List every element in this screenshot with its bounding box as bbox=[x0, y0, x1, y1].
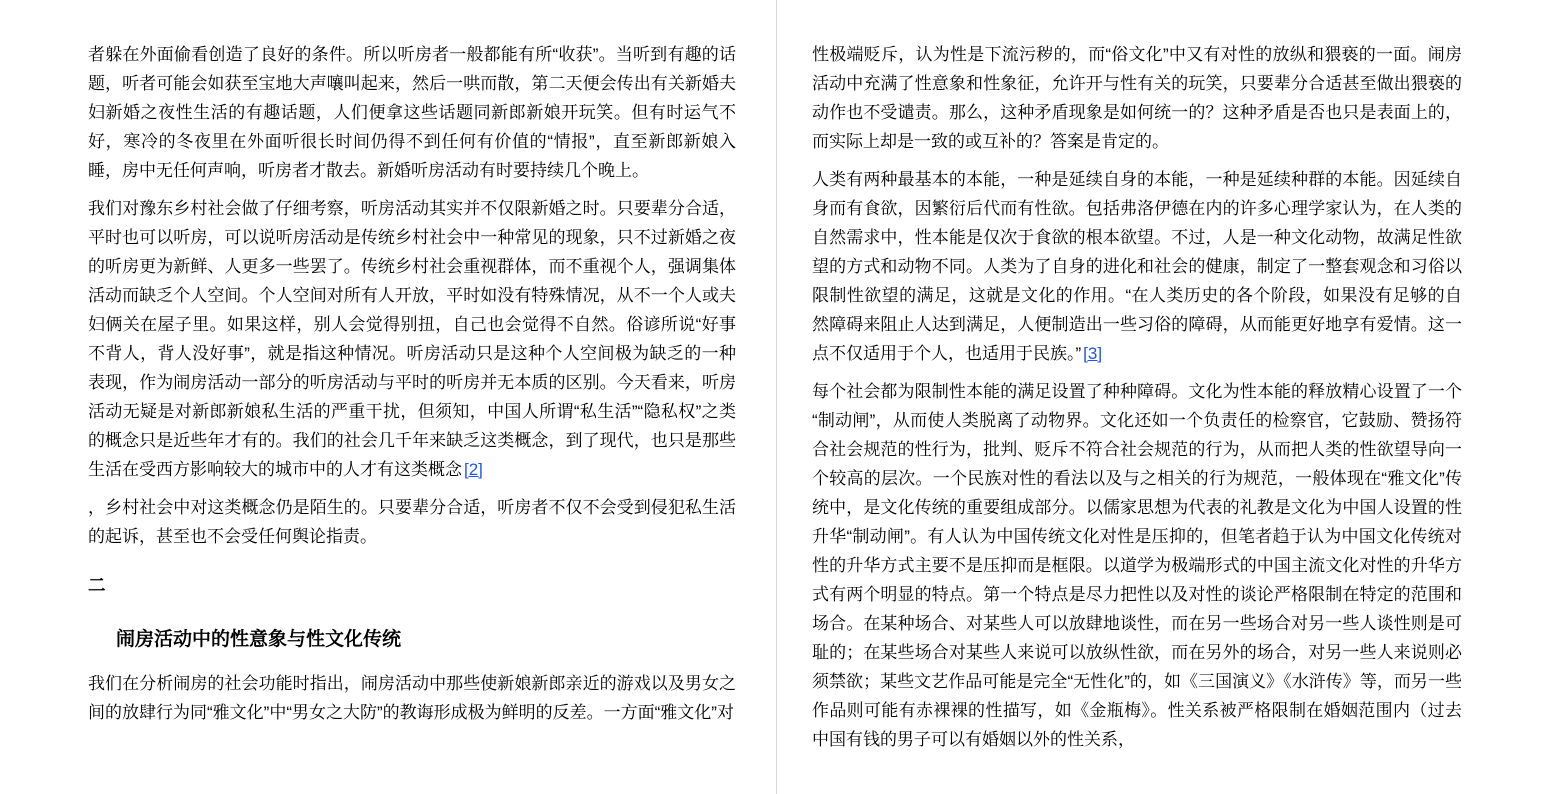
paragraph-concept-unfamiliar: ，乡村社会中对这类概念仍是陌生的。只要辈分合适，听房者不仅不会受到侵犯私生活的起… bbox=[88, 493, 736, 551]
paragraph-two-instincts: 人类有两种最基本的本能，一种是延续自身的本能，一种是延续种群的本能。因延续自身而… bbox=[812, 165, 1462, 368]
paragraph-naofang-analysis: 我们在分析闹房的社会功能时指出，闹房活动中那些使新娘新郎亲近的游戏以及男女之间的… bbox=[88, 669, 736, 727]
footnote-link-3[interactable]: [3] bbox=[1083, 344, 1102, 363]
section-title: 闹房活动中的性意象与性文化传统 bbox=[88, 625, 736, 654]
page-divider bbox=[776, 0, 777, 794]
paragraph-yudong-village: 我们对豫东乡村社会做了仔细考察，听房活动其实并不仅限新婚之时。只要辈分合适，平时… bbox=[88, 194, 736, 484]
page-right: 性极端贬斥，认为性是下流污秽的，而“俗文化”中又有对性的放纵和猥亵的一面。闹房活… bbox=[812, 40, 1462, 763]
paragraph-text: 人类有两种最基本的本能，一种是延续自身的本能，一种是延续种群的本能。因延续自身而… bbox=[812, 170, 1462, 363]
document-page-spread: 者躲在外面偷看创造了良好的条件。所以听房者一般都能有所“收获”。当听到有趣的话题… bbox=[0, 0, 1552, 794]
footnote-link-2[interactable]: [2] bbox=[464, 460, 483, 479]
section-number: 二 bbox=[88, 571, 736, 600]
paragraph-listening-harvest: 者躲在外面偷看创造了良好的条件。所以听房者一般都能有所“收获”。当听到有趣的话题… bbox=[88, 40, 736, 185]
paragraph-text: 我们对豫东乡村社会做了仔细考察，听房活动其实并不仅限新婚之时。只要辈分合适，平时… bbox=[88, 199, 736, 479]
paragraph-brake-culture: 每个社会都为限制性本能的满足设置了种种障碍。文化为性本能的释放精心设置了一个“制… bbox=[812, 377, 1462, 754]
page-left: 者躲在外面偷看创造了良好的条件。所以听房者一般都能有所“收获”。当听到有趣的话题… bbox=[88, 40, 736, 736]
paragraph-contradiction: 性极端贬斥，认为性是下流污秽的，而“俗文化”中又有对性的放纵和猥亵的一面。闹房活… bbox=[812, 40, 1462, 156]
